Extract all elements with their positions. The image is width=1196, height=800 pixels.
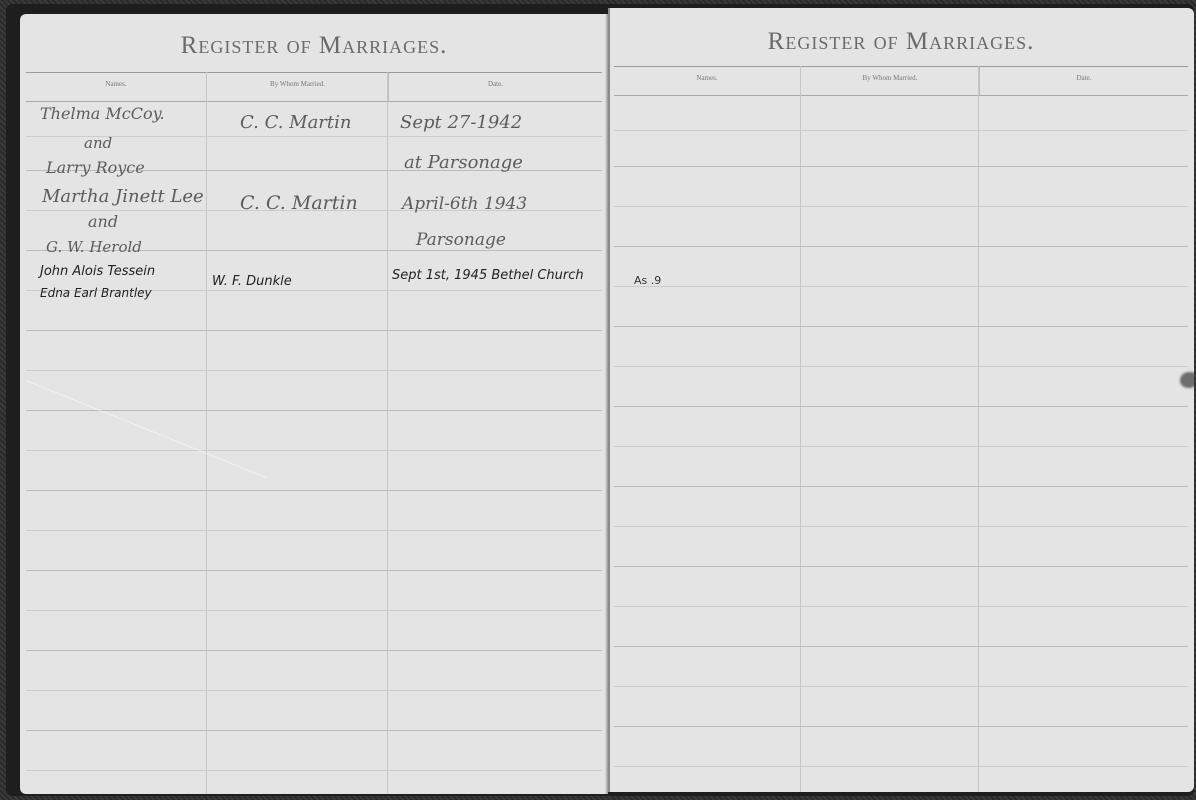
left-page-title: Register of Marriages. [20, 32, 608, 60]
column-header-date: Date. [980, 67, 1188, 95]
left-ruled-grid: Thelma McCoy. and Larry Royce C. C. Mart… [26, 100, 602, 794]
entry-name-1: Thelma McCoy. [40, 104, 165, 123]
left-column-header-row: Names. By Whom Married. Date. [26, 72, 602, 102]
entry-name-1: John Alois Tessein [40, 264, 155, 279]
entry-officiant: C. C. Martin [240, 112, 352, 133]
right-ruled-grid: As .9 [614, 94, 1188, 792]
entry-conjunction: and [84, 134, 112, 152]
right-page-title: Register of Marriages. [608, 28, 1194, 56]
column-header-by-whom-married: By Whom Married. [801, 67, 980, 95]
entry-name-2: Edna Earl Brantley [40, 286, 152, 300]
page-crease [26, 380, 267, 478]
entry-date: April-6th 1943 [402, 194, 527, 214]
right-column-header-row: Names. By Whom Married. Date. [614, 66, 1188, 96]
column-header-date: Date. [389, 73, 602, 101]
stray-ink-marks: As .9 [634, 274, 661, 287]
entry-officiant: W. F. Dunkle [212, 274, 292, 289]
entry-conjunction: and [88, 212, 118, 231]
column-header-names: Names. [26, 73, 207, 101]
entry-name-2: Larry Royce [46, 158, 145, 177]
column-header-by-whom-married: By Whom Married. [207, 73, 389, 101]
left-page: Register of Marriages. Names. By Whom Ma… [20, 14, 608, 794]
entry-name-2: G. W. Herold [46, 238, 142, 256]
right-page: Register of Marriages. Names. By Whom Ma… [608, 8, 1194, 792]
column-divider [800, 66, 801, 792]
entry-date: Sept 1st, 1945 Bethel Church [392, 268, 584, 283]
column-divider [206, 72, 207, 794]
entry-place: at Parsonage [404, 152, 523, 173]
column-divider [978, 66, 979, 792]
column-header-names: Names. [614, 67, 801, 95]
entry-name-1: Martha Jinett Lee [42, 186, 204, 207]
entry-date: Sept 27-1942 [400, 112, 522, 133]
entry-place: Parsonage [416, 230, 506, 250]
column-divider [387, 72, 388, 794]
register-book: Register of Marriages. Names. By Whom Ma… [6, 4, 1194, 796]
ink-stain [1180, 372, 1194, 388]
entry-officiant: C. C. Martin [240, 192, 358, 214]
